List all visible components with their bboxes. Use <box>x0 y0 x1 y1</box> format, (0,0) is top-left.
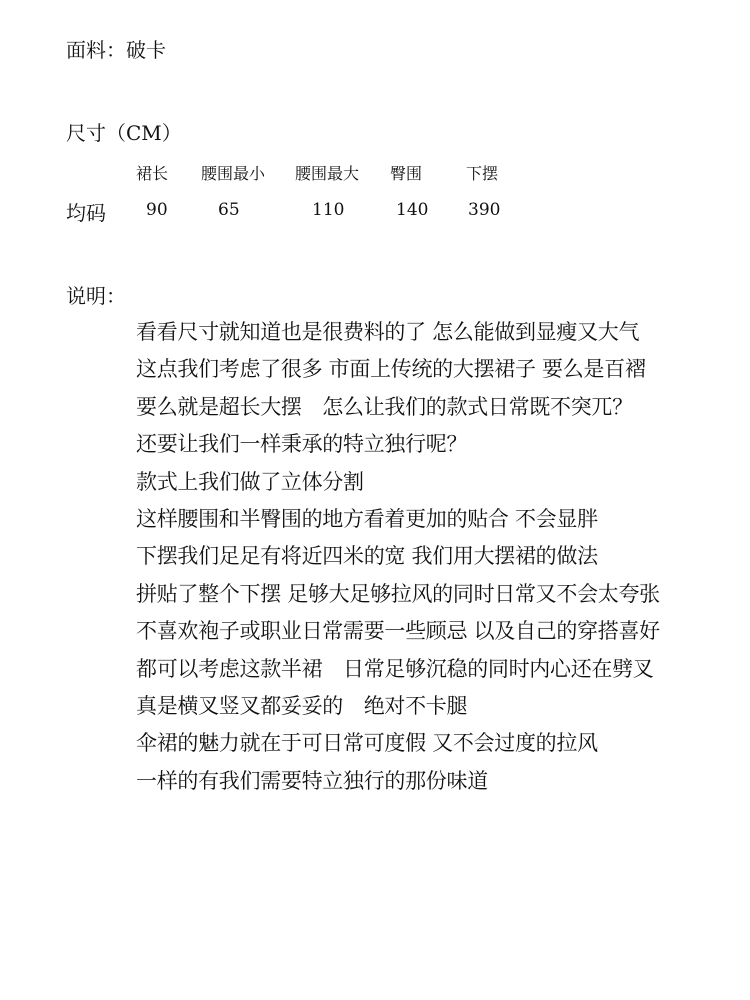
cell-waist-max: 110 <box>312 200 344 220</box>
description-line: 拼贴了整个下摆 足够大足够拉风的同时日常又不会太夸张 <box>136 579 660 616</box>
description-lines: 看看尺寸就知道也是很费料的了 怎么能做到显瘦又大气 这点我们考虑了很多 市面上传… <box>136 317 660 803</box>
description-line: 下摆我们足足有将近四米的宽 我们用大摆裙的做法 <box>136 541 660 578</box>
row-label-one-size: 均码 <box>66 197 106 226</box>
column-header-hem: 下摆 <box>466 161 498 184</box>
description-line: 一样的有我们需要特立独行的那份味道 <box>136 766 660 803</box>
description-line: 真是横叉竖叉都妥妥的 绝对不卡腿 <box>136 691 660 728</box>
description-title: 说明： <box>66 280 126 309</box>
description-line: 还要让我们一样秉承的特立独行呢？ <box>136 429 660 466</box>
fabric-line: 面料：破卡 <box>66 34 166 63</box>
description-line: 要么就是超长大摆 怎么让我们的款式日常既不突兀？ <box>136 392 660 429</box>
description-line: 这样腰围和半臀围的地方看着更加的贴合 不会显胖 <box>136 504 660 541</box>
description-line: 伞裙的魅力就在于可日常可度假 又不会过度的拉风 <box>136 728 660 765</box>
size-title: 尺寸（CM） <box>66 117 182 146</box>
description-line: 款式上我们做了立体分割 <box>136 467 660 504</box>
cell-hem: 390 <box>468 200 500 220</box>
column-header-hip: 臀围 <box>390 161 422 184</box>
description-line: 这点我们考虑了很多 市面上传统的大摆裙子 要么是百褶 <box>136 354 660 391</box>
fabric-label: 面料： <box>66 38 126 62</box>
cell-hip: 140 <box>396 200 428 220</box>
description-line: 看看尺寸就知道也是很费料的了 怎么能做到显瘦又大气 <box>136 317 660 354</box>
description-line: 不喜欢袍子或职业日常需要一些顾忌 以及自己的穿搭喜好 <box>136 616 660 653</box>
cell-length: 90 <box>146 200 168 220</box>
column-header-waist-max: 腰围最大 <box>295 161 359 184</box>
fabric-value: 破卡 <box>126 38 166 62</box>
description-line: 都可以考虑这款半裙 日常足够沉稳的同时内心还在劈叉 <box>136 654 660 691</box>
column-header-length: 裙长 <box>136 161 168 184</box>
column-header-waist-min: 腰围最小 <box>201 161 265 184</box>
cell-waist-min: 65 <box>218 200 240 220</box>
